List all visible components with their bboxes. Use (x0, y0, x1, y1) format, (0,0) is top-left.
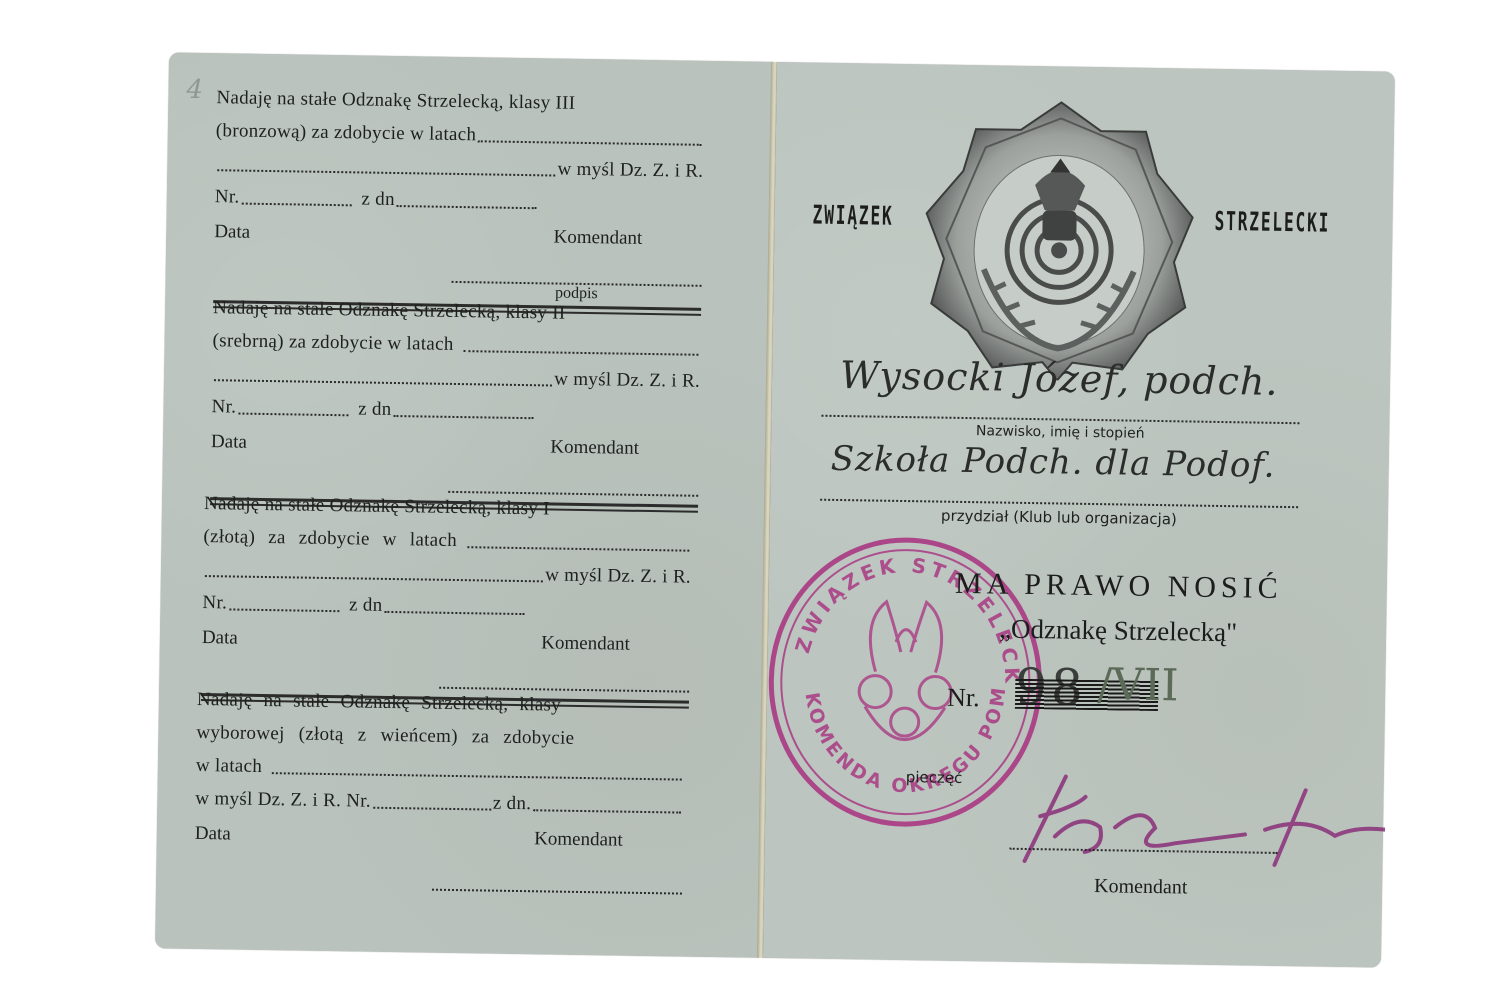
data-label: Data (214, 215, 250, 250)
years-field[interactable] (478, 118, 702, 146)
section-years-label: (bronzową) za zdobycie w latach (216, 114, 477, 151)
shooting-badge-emblem-icon (922, 98, 1196, 382)
komendant-label: Komendant (553, 220, 642, 255)
date-of-label: z dn (361, 182, 395, 216)
org-name-left: ZWIĄZEK (812, 201, 893, 232)
section-years-label: w latach (196, 749, 263, 783)
years-field-continued[interactable] (205, 553, 544, 582)
years-field[interactable] (467, 524, 690, 551)
assignment-field-label: przydział (Klub lub organizacja) (820, 505, 1298, 531)
years-field[interactable] (464, 328, 699, 356)
nr-label: Nr. (202, 586, 227, 619)
award-section-class-iii: Nadaję na stałe Odznakę Strzelecką, klas… (213, 81, 705, 316)
signature-line[interactable] (432, 869, 682, 895)
nr-field[interactable] (241, 181, 351, 207)
pencil-mark: 4 (186, 75, 203, 105)
nr-field[interactable] (229, 586, 339, 612)
nr-field[interactable] (238, 391, 348, 417)
commander-signature-icon (1004, 756, 1386, 882)
section-years-label: (złotą) za zdobycie w latach (203, 520, 457, 557)
section-title: Nadaję na stałe Odznakę Strzelecką, klas… (204, 487, 550, 525)
award-section-class-ii: Nadaję na stałe Odznakę Strzelecką, klas… (210, 291, 701, 513)
award-section-class-i: Nadaję na stałe Odznakę Strzelecką, klas… (201, 487, 692, 709)
regulation-nr-label: w myśl Dz. Z. i R. Nr. (195, 782, 371, 818)
right-page: ZWIĄZEK STRZELE (763, 62, 1395, 968)
org-name-right: STRZELECKI (1214, 207, 1330, 239)
date-of-label: z dn (358, 392, 392, 426)
regulation-label: w myśl Dz. Z. i R. (554, 363, 700, 398)
date-of-field[interactable] (384, 589, 524, 615)
section-title: Nadaję na stałe Odznakę Strzelecką, klas… (216, 81, 576, 120)
years-field-continued[interactable] (217, 147, 556, 176)
section-title: Nadaję na stałe Odznakę Strzelecką, klas… (213, 291, 566, 330)
date-of-label: z dn (349, 588, 383, 622)
nr-field[interactable] (373, 785, 491, 811)
date-of-field[interactable] (393, 393, 533, 419)
assignment-handwritten: Szkoła Podch. dla Podof. (830, 439, 1275, 486)
section-years-label: (srebrną) za zdobycie w latach (212, 324, 454, 361)
award-section-marksman: Nadaję na stałe Odznakę Strzelecką, klas… (194, 683, 685, 895)
data-label: Data (211, 425, 247, 460)
komendant-label: Komendant (534, 822, 623, 857)
shooting-badge-card: 4 Nadaję na stałe Odznakę Strzelecką, kl… (155, 52, 1395, 967)
nr-label: Nr. (211, 390, 236, 423)
years-field-continued[interactable] (214, 357, 553, 386)
regulation-label: w myśl Dz. Z. i R. (557, 153, 703, 188)
date-of-label: z dn. (493, 787, 532, 821)
data-label: Data (202, 621, 238, 656)
badge-number-roman: /VII (1097, 659, 1179, 711)
komendant-label: Komendant (1094, 875, 1188, 899)
years-field[interactable] (272, 750, 682, 780)
name-handwritten: Wysocki Józef, podch. (840, 353, 1279, 404)
komendant-label: Komendant (541, 626, 630, 661)
stamp-label: pieczęć (906, 768, 963, 787)
badge-number-label: Nr. (947, 683, 980, 714)
komendant-label: Komendant (550, 430, 639, 465)
date-of-field[interactable] (533, 787, 681, 813)
date-of-field[interactable] (397, 183, 537, 209)
nr-label: Nr. (215, 180, 240, 213)
regulation-label: w myśl Dz. Z. i R. (545, 558, 691, 593)
data-label: Data (195, 817, 231, 852)
left-page: 4 Nadaję na stałe Odznakę Strzelecką, kl… (155, 52, 773, 957)
